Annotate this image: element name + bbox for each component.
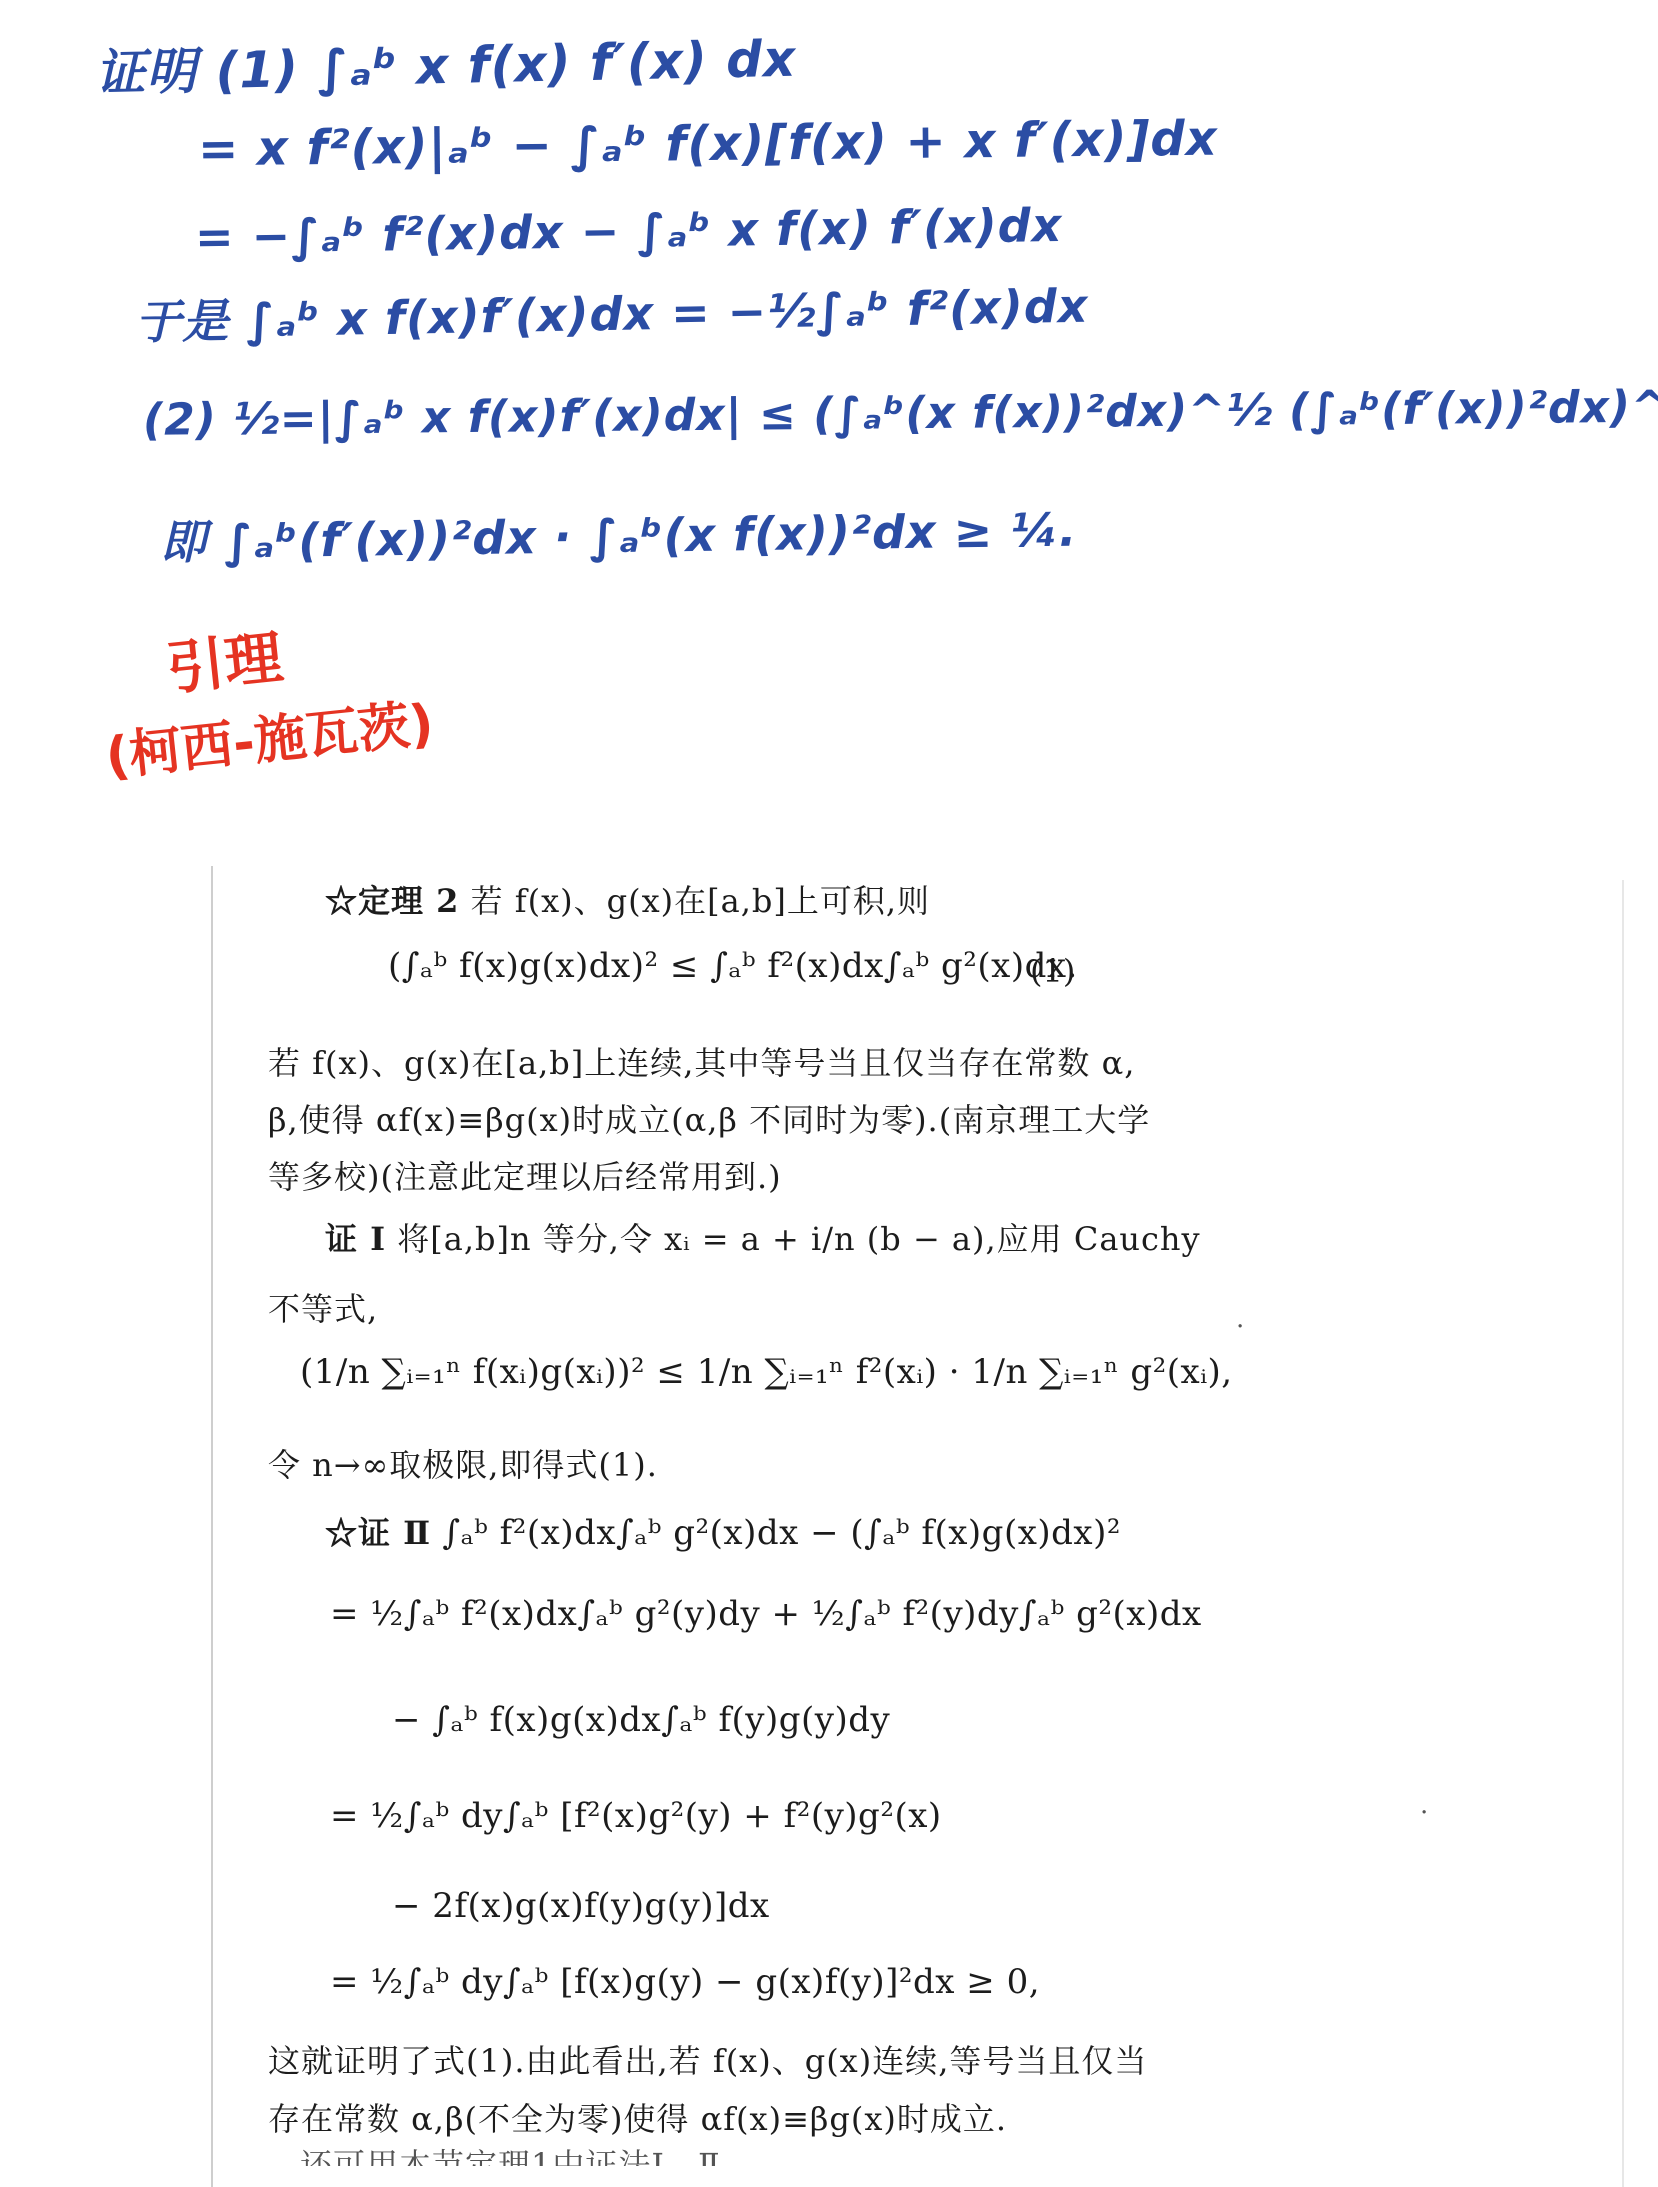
proof2-first-line: ☆证 Ⅱ ∫ₐᵇ f²(x)dx∫ₐᵇ g²(x)dx − (∫ₐᵇ f(x)g… xyxy=(325,1508,1121,1554)
theorem-label: ☆定理 2 xyxy=(325,882,459,920)
theorem-remark-line: 若 f(x)、g(x)在[a,b]上连续,其中等号当且仅当存在常数 α, xyxy=(268,1038,1135,1084)
proof1-text: 将[a,b]n 等分,令 xᵢ = a + i/n (b − a),应用 Cau… xyxy=(386,1220,1201,1258)
handwritten-line: 于是 ∫ₐᵇ x f(x)f′(x)dx = −½∫ₐᵇ f²(x)dx xyxy=(134,270,1088,353)
proof2-equation-line: = ½∫ₐᵇ dy∫ₐᵇ [f(x)g(y) − g(x)f(y)]²dx ≥ … xyxy=(330,1962,1040,2002)
proof2-closing-line: 这就证明了式(1).由此看出,若 f(x)、g(x)连续,等号当且仅当 xyxy=(268,2036,1147,2082)
proof2-equation-line: − 2f(x)g(x)f(y)g(y)]dx xyxy=(392,1886,770,1926)
equation-number: (1) xyxy=(1030,952,1075,990)
handwritten-line: 证明 (1) ∫ₐᵇ x f(x) f′(x) dx xyxy=(94,19,797,106)
proof2-label: ☆证 Ⅱ xyxy=(325,1514,431,1552)
handwritten-line: = −∫ₐᵇ f²(x)dx − ∫ₐᵇ x f(x) f′(x)dx xyxy=(195,198,1063,264)
scanned-textbook-page: 证明 (1) ∫ₐᵇ x f(x) f′(x) dx = x f²(x)|ₐᵇ … xyxy=(0,0,1658,2187)
handwritten-line: = x f²(x)|ₐᵇ − ∫ₐᵇ f(x)[f(x) + x f′(x)]d… xyxy=(198,111,1218,178)
theorem-remark-line: 等多校)(注意此定理以后经常用到.) xyxy=(268,1152,782,1198)
proof2-equation-line: ∫ₐᵇ f²(x)dx∫ₐᵇ g²(x)dx − (∫ₐᵇ f(x)g(x)dx… xyxy=(431,1513,1121,1553)
theorem-statement: 若 f(x)、g(x)在[a,b]上可积,则 xyxy=(459,882,930,920)
proof2-equation-line: = ½∫ₐᵇ dy∫ₐᵇ [f²(x)g²(y) + f²(y)g²(x) xyxy=(330,1796,942,1836)
proof2-equation-line: = ½∫ₐᵇ f²(x)dx∫ₐᵇ g²(y)dy + ½∫ₐᵇ f²(y)dy… xyxy=(330,1594,1202,1634)
theorem-remark-line: β,使得 αf(x)≡βg(x)时成立(α,β 不同时为零).(南京理工大学 xyxy=(268,1095,1150,1141)
annotation-subtitle: (柯西-施瓦茨) xyxy=(101,681,436,790)
proof1-line: 不等式, xyxy=(268,1284,378,1330)
proof1-label: 证 Ⅰ xyxy=(325,1220,386,1258)
handwritten-line: 即 ∫ₐᵇ(f′(x))²dx · ∫ₐᵇ(x f(x))²dx ≥ ¼. xyxy=(160,494,1078,573)
page-edge-line xyxy=(1622,880,1624,2187)
theorem-equation: (∫ₐᵇ f(x)g(x)dx)² ≤ ∫ₐᵇ f²(x)dx∫ₐᵇ g²(x)… xyxy=(388,946,1078,986)
truncated-bottom-line: 还可用本节定理1中证法Ⅰ、Ⅱ…… xyxy=(300,2140,787,2166)
proof1-first-line: 证 Ⅰ 将[a,b]n 等分,令 xᵢ = a + i/n (b − a),应用… xyxy=(325,1214,1201,1260)
page-edge-line xyxy=(211,866,213,2187)
proof1-equation: (1/n ∑ᵢ₌₁ⁿ f(xᵢ)g(xᵢ))² ≤ 1/n ∑ᵢ₌₁ⁿ f²(x… xyxy=(300,1352,1233,1392)
proof2-closing-line: 存在常数 α,β(不全为零)使得 αf(x)≡βg(x)时成立. xyxy=(268,2094,1007,2140)
proof2-equation-line: − ∫ₐᵇ f(x)g(x)dx∫ₐᵇ f(y)g(y)dy xyxy=(392,1700,890,1740)
scan-speckle: . xyxy=(1236,1304,1244,1334)
proof1-line: 令 n→∞取极限,即得式(1). xyxy=(268,1440,658,1486)
theorem-heading: ☆定理 2 若 f(x)、g(x)在[a,b]上可积,则 xyxy=(325,876,930,922)
handwritten-line: (2) ½=|∫ₐᵇ x f(x)f′(x)dx| ≤ (∫ₐᵇ(x f(x))… xyxy=(143,381,1658,446)
red-margin-annotation: 引理 (柯西-施瓦茨) xyxy=(92,595,436,790)
scan-speckle: . xyxy=(1420,1790,1428,1820)
